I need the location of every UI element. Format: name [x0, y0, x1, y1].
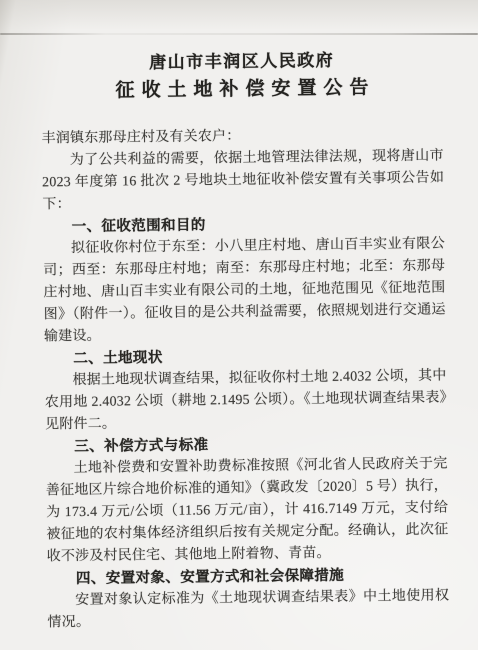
section-4-body: 安置对象认定标准为《土地现状调查结果表》中土地使用权情况。 [47, 585, 450, 634]
section-scope-purpose: 一、征收范围和目的 拟征收你村位于东至：小八里庄村地、唐山百丰实业有限公司；西至… [43, 211, 447, 348]
section-3-body: 土地补偿费和安置补助费标准按照《河北省人民政府关于完善征地区片综合地价标准的通知… [45, 453, 448, 568]
document-content: 唐山市丰润区人民政府 征收土地补偿安置公告 丰润镇东那母庄村及有关农户： 为了公… [0, 0, 478, 635]
announcement-title: 征收土地补偿安置公告 [41, 73, 443, 105]
section-resettlement-security: 四、安置对象、安置方式和社会保障措施 安置对象认定标准为《土地现状调查结果表》中… [47, 563, 450, 634]
section-1-body: 拟征收你村位于东至：小八里庄村地、唐山百丰实业有限公司；西至：东那母庄村地；南至… [43, 233, 446, 348]
section-land-status: 二、土地现状 根据土地现状调查结果，拟征收你村土地 2.4032 公顷，其中农用… [44, 343, 447, 436]
scanned-document-page: 唐山市丰润区人民政府 征收土地补偿安置公告 丰润镇东那母庄村及有关农户： 为了公… [0, 0, 478, 650]
document-title-block: 唐山市丰润区人民政府 征收土地补偿安置公告 [41, 47, 444, 105]
section-2-body: 根据土地现状调查结果，拟征收你村土地 2.4032 公顷，其中农用地 2.403… [44, 365, 447, 436]
issuing-authority-title: 唐山市丰润区人民政府 [41, 47, 443, 76]
intro-paragraph: 为了公共利益的需要，依据土地管理法律法规，现将唐山市 2023 年度第 16 批… [42, 145, 445, 216]
section-compensation-standard: 三、补偿方式与标准 土地补偿费和安置补助费标准按照《河北省人民政府关于完善征地区… [45, 431, 449, 568]
